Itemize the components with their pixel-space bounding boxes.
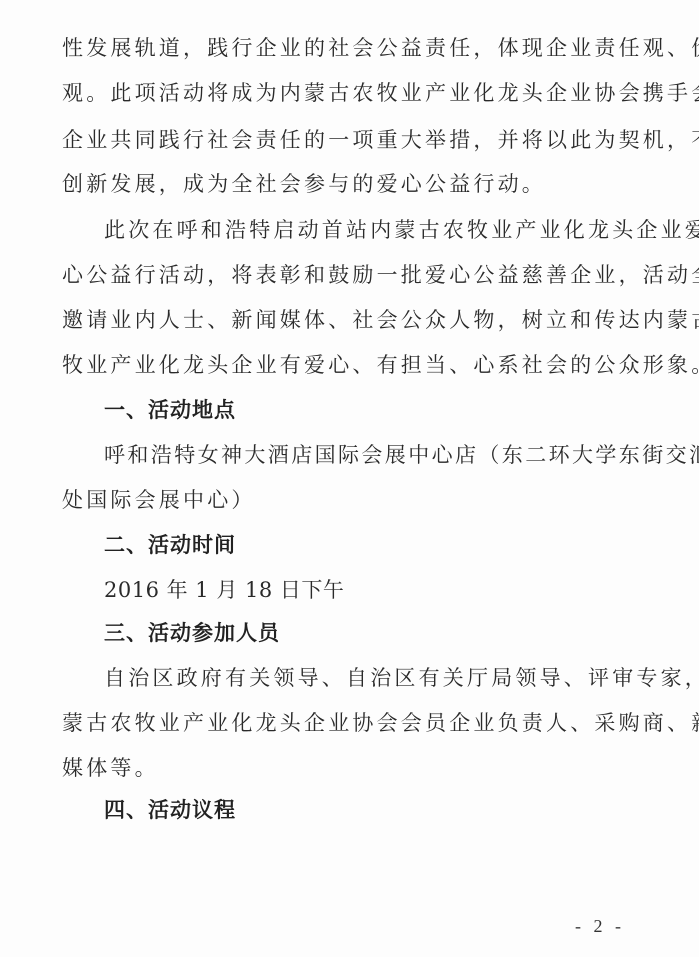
paragraph-2-line-2: 心公益行活动，将表彰和鼓励一批爱心公益慈善企业，活动全程 <box>62 262 648 288</box>
section-heading-participants: 三、活动参加人员 <box>104 620 648 646</box>
paragraph-1-line-1: 性发展轨道，践行企业的社会公益责任，体现企业责任观、价值 <box>62 35 648 61</box>
paragraph-2-line-3: 邀请业内人士、新闻媒体、社会公众人物，树立和传达内蒙古农 <box>62 307 648 333</box>
section-location-line-1: 呼和浩特女神大酒店国际会展中心店（东二环大学东街交汇 <box>104 442 648 468</box>
paragraph-2-line-1: 此次在呼和浩特启动首站内蒙古农牧业产业化龙头企业爱 <box>104 217 648 243</box>
section-location-line-2: 处国际会展中心） <box>62 487 648 513</box>
document-page: 性发展轨道，践行企业的社会公益责任，体现企业责任观、价值 观。此项活动将成为内蒙… <box>0 0 699 957</box>
section-heading-agenda: 四、活动议程 <box>104 797 648 823</box>
section-time-value: 2016 年 1 月 18 日下午 <box>104 577 648 603</box>
paragraph-2-line-4: 牧业产业化龙头企业有爱心、有担当、心系社会的公众形象。 <box>62 352 648 378</box>
paragraph-1-line-2: 观。此项活动将成为内蒙古农牧业产业化龙头企业协会携手会员 <box>62 80 648 106</box>
paragraph-1-line-3: 企业共同践行社会责任的一项重大举措，并将以此为契机，不断 <box>62 127 648 153</box>
section-participants-line-1: 自治区政府有关领导、自治区有关厅局领导、评审专家，内 <box>104 665 648 691</box>
paragraph-1-line-4: 创新发展，成为全社会参与的爱心公益行动。 <box>62 171 648 197</box>
page-number: - 2 - <box>575 916 625 937</box>
section-participants-line-2: 蒙古农牧业产业化龙头企业协会会员企业负责人、采购商、新闻 <box>62 710 648 736</box>
section-heading-time: 二、活动时间 <box>104 532 648 558</box>
section-participants-line-3: 媒体等。 <box>62 755 648 781</box>
section-heading-location: 一、活动地点 <box>104 397 648 423</box>
